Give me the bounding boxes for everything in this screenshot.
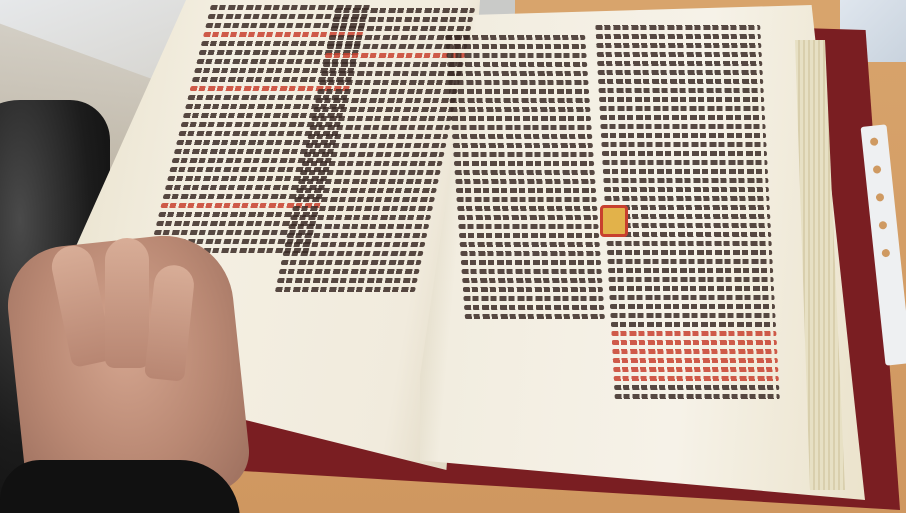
- illuminated-initial: [600, 205, 628, 237]
- finger: [105, 238, 149, 368]
- dark-sleeve: [0, 460, 240, 513]
- right-page-text-column-1: [445, 35, 605, 319]
- photo-scene: Close-up photograph of an open medieval …: [0, 0, 906, 513]
